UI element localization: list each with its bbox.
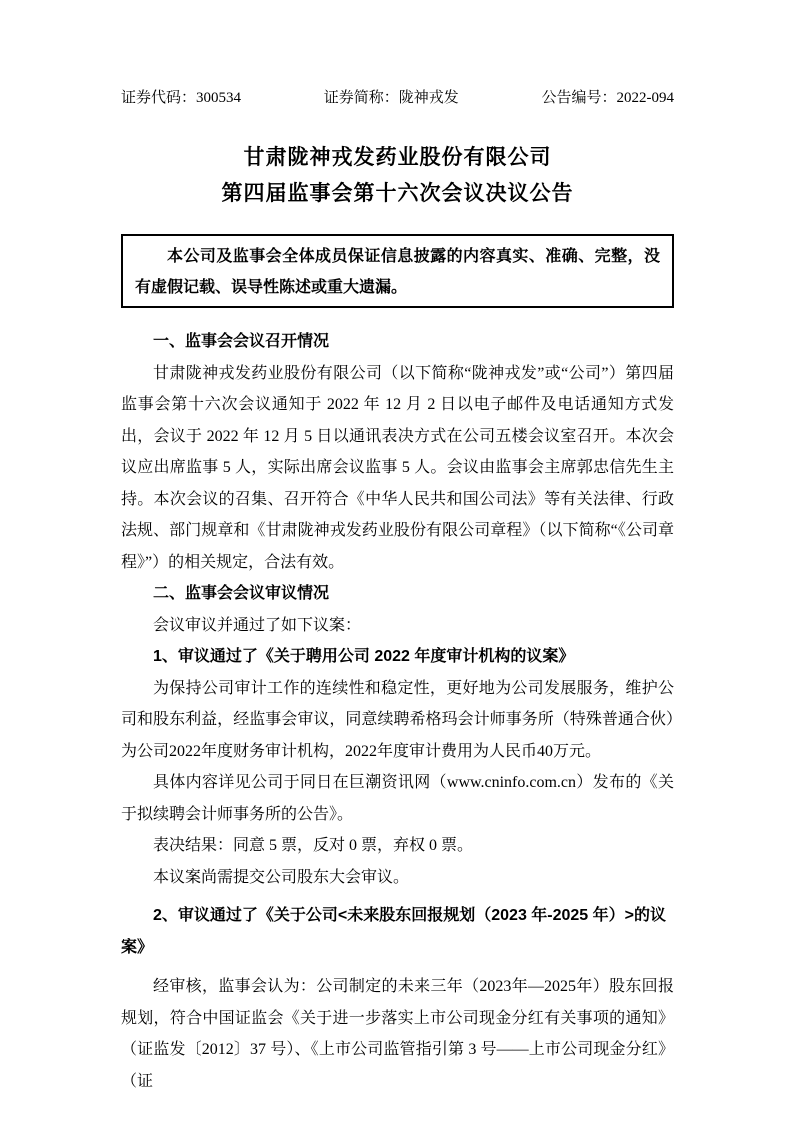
proposal-2-heading: 2、审议通过了《关于公司<未来股东回报规划（2023 年-2025 年）>的议案…: [121, 900, 674, 963]
proposal-1-paragraph-2: 具体内容详见公司于同日在巨潮资讯网（www.cninfo.com.cn）发布的《…: [121, 767, 674, 830]
proposal-1-note: 本议案尚需提交公司股东大会审议。: [121, 862, 674, 894]
section-2-heading: 二、监事会会议审议情况: [121, 578, 674, 610]
proposal-1-paragraph-1: 为保持公司审计工作的连续性和稳定性，更好地为公司发展服务，维护公司和股东利益，经…: [121, 673, 674, 768]
announcement-number: 公告编号：2022-094: [542, 88, 675, 108]
company-name-title-line: 甘肃陇神戎发药业股份有限公司: [121, 140, 674, 176]
section-1-heading: 一、监事会会议召开情况: [121, 326, 674, 358]
section-1-paragraph: 甘肃陇神戎发药业股份有限公司（以下简称“陇神戎发”或“公司”）第四届监事会第十六…: [121, 358, 674, 579]
securities-header: 证券代码：300534 证券简称：陇神戎发 公告编号：2022-094: [121, 88, 674, 108]
stock-abbreviation: 证券简称：陇神戎发: [324, 88, 459, 108]
announcement-page: 证券代码：300534 证券简称：陇神戎发 公告编号：2022-094 甘肃陇神…: [0, 0, 793, 1122]
section-2-intro: 会议审议并通过了如下议案：: [121, 610, 674, 642]
proposal-1-vote-result: 表决结果：同意 5 票，反对 0 票，弃权 0 票。: [121, 830, 674, 862]
document-title: 甘肃陇神戎发药业股份有限公司 第四届监事会第十六次会议决议公告: [121, 140, 674, 212]
proposal-1-heading: 1、审议通过了《关于聘用公司 2022 年度审计机构的议案》: [121, 641, 674, 673]
disclaimer-box: 本公司及监事会全体成员保证信息披露的内容真实、准确、完整，没有虚假记载、误导性陈…: [121, 234, 674, 308]
stock-code: 证券代码：300534: [121, 88, 241, 108]
document-body: 一、监事会会议召开情况 甘肃陇神戎发药业股份有限公司（以下简称“陇神戎发”或“公…: [121, 326, 674, 1097]
proposal-2-paragraph-1: 经审核，监事会认为：公司制定的未来三年（2023年—2025年）股东回报规划，符…: [121, 971, 674, 1097]
disclaimer-text: 本公司及监事会全体成员保证信息披露的内容真实、准确、完整，没有虚假记载、误导性陈…: [135, 248, 660, 296]
meeting-resolution-title-line: 第四届监事会第十六次会议决议公告: [121, 176, 674, 212]
